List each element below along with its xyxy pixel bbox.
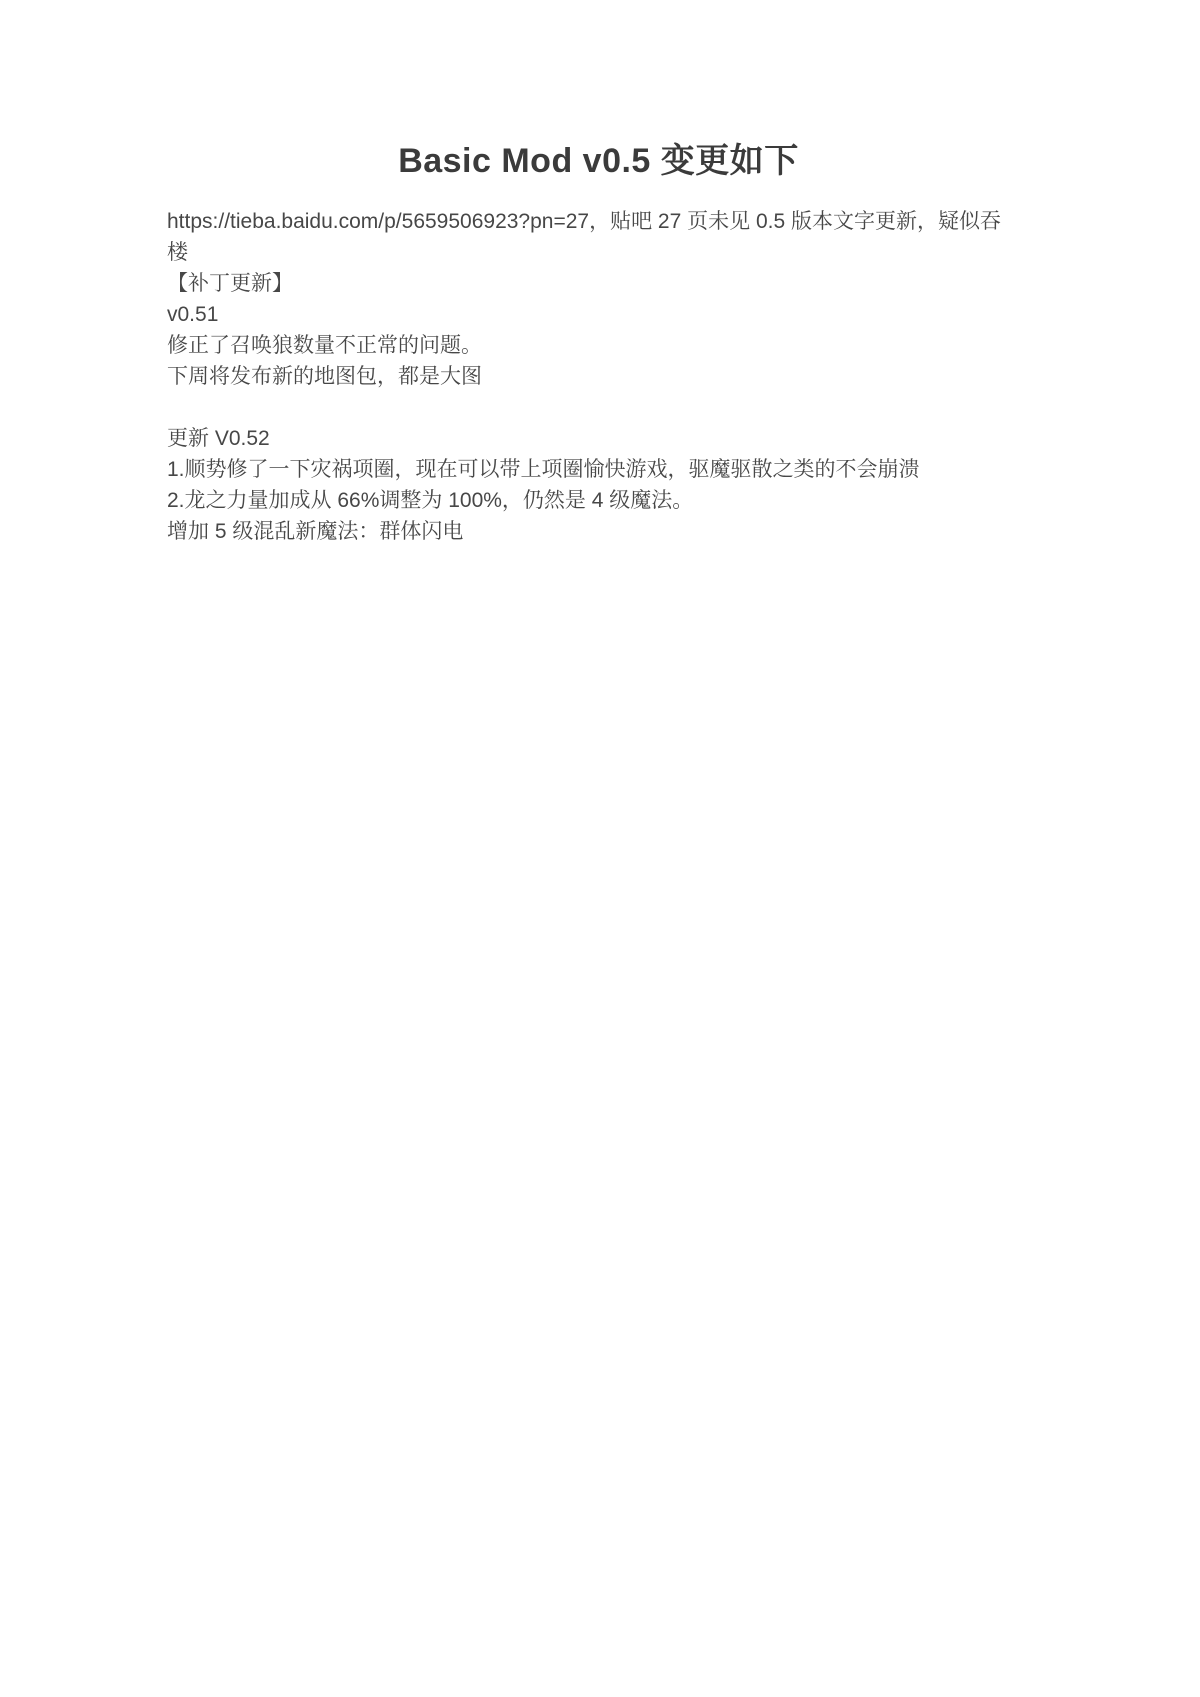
text-line-patch-header: 【补丁更新】	[167, 268, 1030, 299]
text-line-version-052: 更新 V0.52	[167, 423, 1030, 454]
text-line-url: https://tieba.baidu.com/p/5659506923?pn=…	[167, 206, 1030, 237]
text-line-version-051: v0.51	[167, 299, 1030, 330]
blank-line	[167, 392, 1030, 423]
text-line-map-pack: 下周将发布新的地图包，都是大图	[167, 361, 1030, 392]
text-line-change-2: 2.龙之力量加成从 66%调整为 100%，仍然是 4 级魔法。	[167, 485, 1030, 516]
document-title: Basic Mod v0.5 变更如下	[167, 138, 1030, 184]
text-line-change-1: 1.顺势修了一下灾祸项圈，现在可以带上项圈愉快游戏，驱魔驱散之类的不会崩溃	[167, 454, 1030, 485]
document-content: Basic Mod v0.5 变更如下 https://tieba.baidu.…	[0, 0, 1200, 547]
text-line-new-spell: 增加 5 级混乱新魔法：群体闪电	[167, 516, 1030, 547]
text-line-fix-wolf: 修正了召唤狼数量不正常的问题。	[167, 330, 1030, 361]
document-page: Basic Mod v0.5 变更如下 https://tieba.baidu.…	[0, 0, 1200, 1697]
text-line-url-wrap: 楼	[167, 237, 1030, 268]
